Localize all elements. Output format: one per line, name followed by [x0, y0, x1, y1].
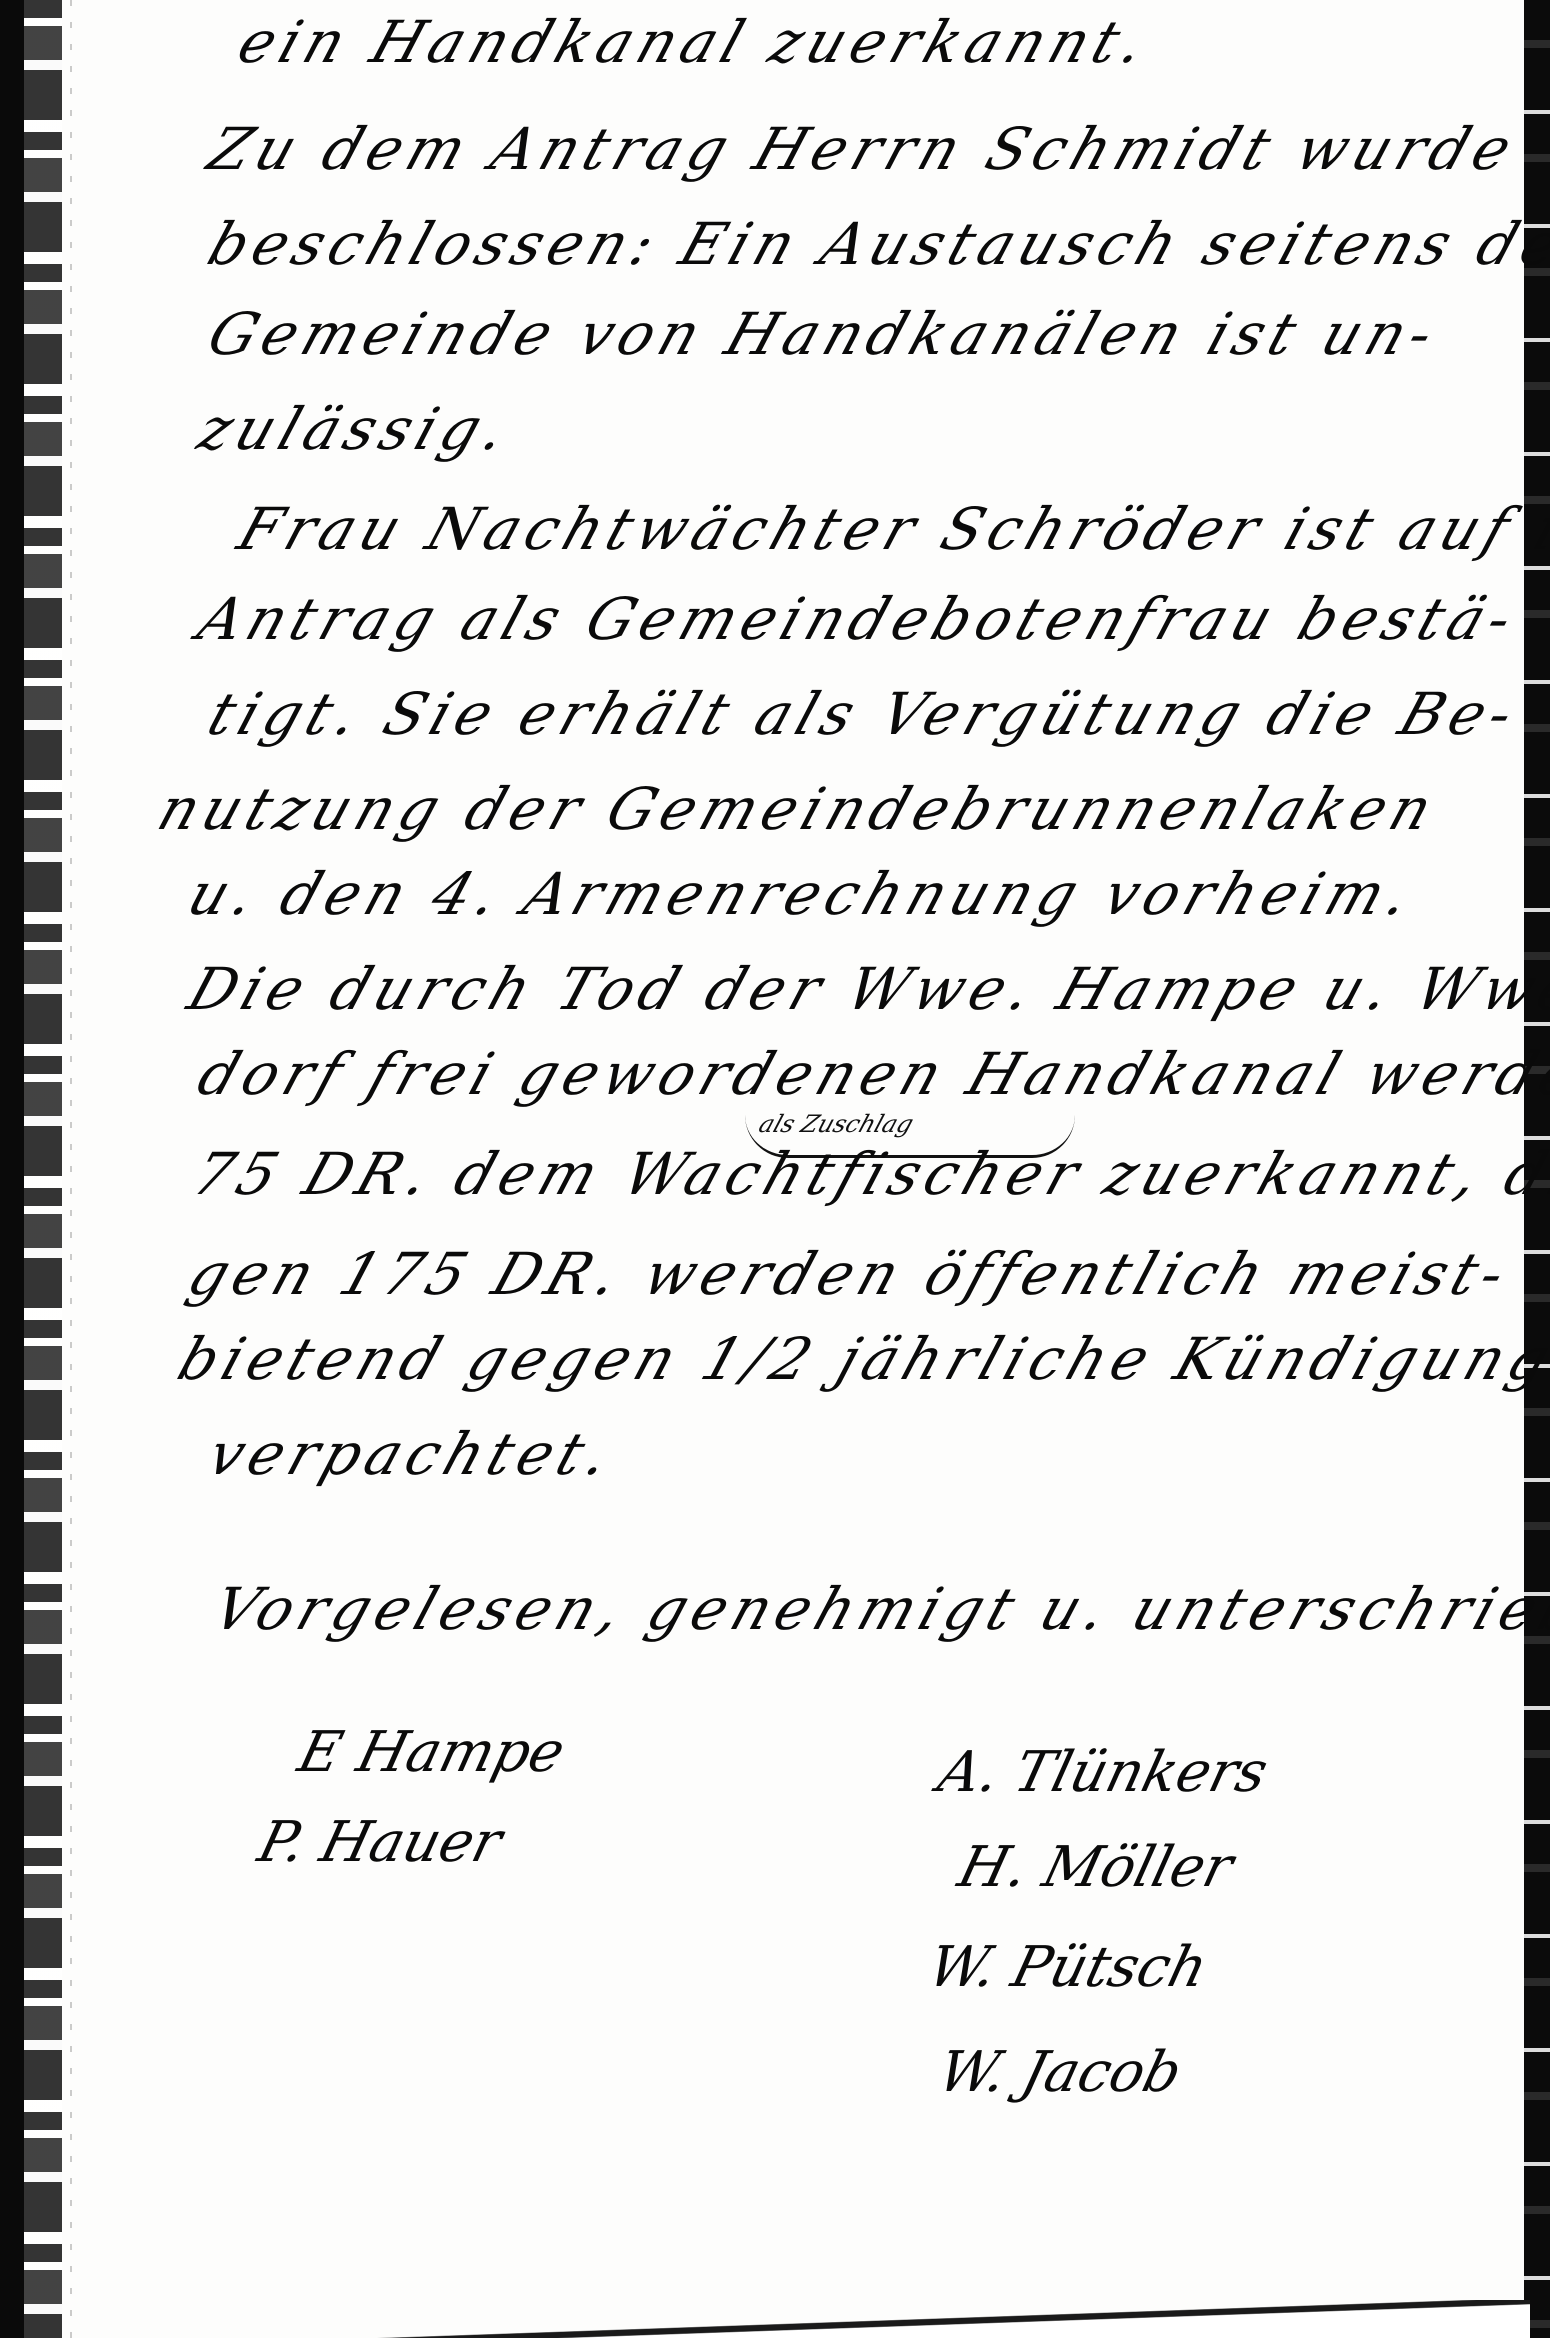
- text-line-14: gen 175 DR. werden öffentlich meist-: [180, 1240, 1519, 1308]
- text-line-12: dorf frei gewordenen Handkanal werden: [190, 1040, 1550, 1108]
- signature-hauer: P. Hauer: [252, 1810, 508, 1875]
- text-line-6: Frau Nachtwächter Schröder ist auf ihr: [230, 495, 1550, 563]
- text-line-2: Zu dem Antrag Herrn Schmidt wurde: [200, 115, 1526, 183]
- scanned-page: ein Handkanal zuerkannt. Zu dem Antrag H…: [0, 0, 1550, 2338]
- margin-ruling: [70, 0, 72, 2338]
- text-line-13: 75 DR. dem Wachtfischer zuerkannt, die ü…: [185, 1140, 1550, 1208]
- signature-tluenkers: A. Tlünkers: [932, 1740, 1274, 1805]
- text-line-16: verpachtet.: [200, 1420, 624, 1488]
- scan-edge-bottom: [40, 2300, 1530, 2338]
- signature-puetsch: W. Pütsch: [922, 1935, 1214, 2000]
- text-line-8: tigt. Sie erhält als Vergütung die Be-: [200, 680, 1528, 748]
- scan-edge-left-dark: [0, 0, 24, 2338]
- signature-jacob: W. Jacob: [932, 2040, 1188, 2105]
- text-line-17: Vorgelesen, genehmigt u. unterschrieben: [205, 1575, 1550, 1643]
- text-line-1: ein Handkanal zuerkannt.: [230, 8, 1159, 76]
- text-line-11: Die durch Tod der Wwe. Hampe u. Wwe. Re: [180, 955, 1550, 1023]
- text-line-9: nutzung der Gemeindebrunnenlaken: [150, 775, 1446, 843]
- signature-moeller: H. Möller: [952, 1835, 1239, 1900]
- text-line-15: bietend gegen 1/2 jährliche Kündigung: [170, 1325, 1550, 1393]
- text-line-10: u. den 4. Armenrechnung vorheim.: [180, 860, 1424, 928]
- text-line-5: zulässig.: [190, 395, 521, 463]
- text-line-4: Gemeinde von Handkanälen ist un-: [200, 300, 1448, 368]
- text-line-7: Antrag als Gemeindebotenfrau bestä-: [190, 585, 1526, 653]
- text-line-3: beschlossen: Ein Austausch seitens der: [200, 210, 1550, 278]
- signature-hampe: E Hampe: [292, 1720, 571, 1785]
